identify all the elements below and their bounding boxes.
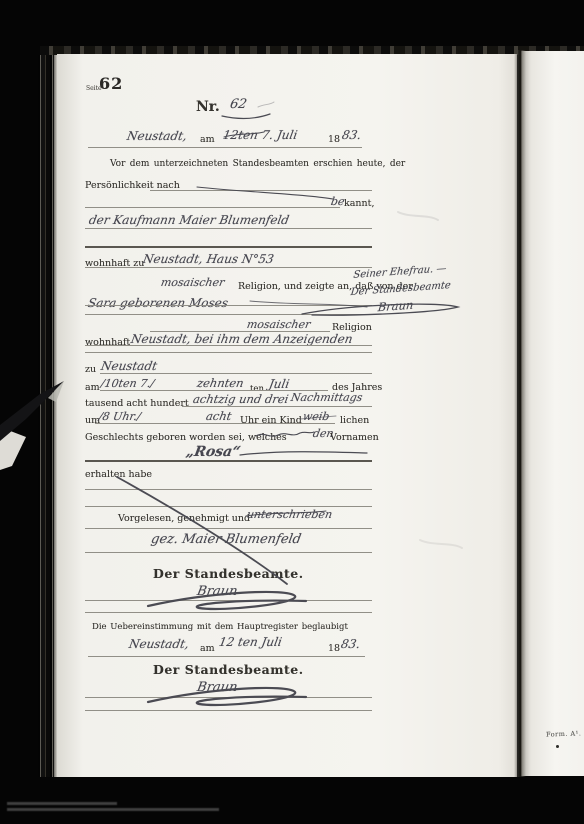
ruled-line xyxy=(85,612,372,613)
ruled-line xyxy=(88,656,365,657)
ruled-line xyxy=(85,600,372,601)
month-word: Juli xyxy=(268,378,290,390)
printed-am: am xyxy=(85,383,100,393)
printed-kannt: kannt, xyxy=(344,199,375,209)
scan-bottom-band xyxy=(0,777,584,824)
ruled-line xyxy=(150,190,372,191)
declarant-name: der Kaufmann Maier Blumenfeld xyxy=(88,214,290,226)
declarant-signature: gez. Maier Blumenfeld xyxy=(150,533,302,546)
marginal-note-signature: Braun xyxy=(377,300,414,314)
certification-am-label: am xyxy=(200,644,215,654)
ruled-line xyxy=(85,267,372,268)
mother-name: Sara geborenen Moses xyxy=(87,297,229,309)
ruled-line xyxy=(85,552,372,553)
certification-year-printed: 18 xyxy=(328,644,340,654)
ruled-line xyxy=(85,506,372,507)
ruled-line xyxy=(95,423,335,424)
header-am-label: am xyxy=(200,135,215,145)
hour-margin-note: /8 Uhr./ xyxy=(98,411,142,422)
header-year-printed: 18 xyxy=(328,135,340,145)
hour-word: acht xyxy=(205,411,232,423)
record-number-label: Nr. xyxy=(196,100,220,114)
ruled-line xyxy=(182,406,372,407)
ruled-line xyxy=(85,528,372,529)
form-label: Form. A¹. xyxy=(546,730,582,738)
archive-watermark-line xyxy=(7,802,117,805)
printed-zu: zu xyxy=(85,365,96,375)
religion-handwritten-1: mosaischer xyxy=(160,277,225,288)
printed-lichen: lichen xyxy=(340,416,369,426)
certification-line: Die Uebereinstimmung mit dem Hauptregist… xyxy=(92,623,348,632)
printed-erhalten-habe: erhalten habe xyxy=(85,470,152,480)
day-word: zehnten xyxy=(196,378,245,390)
ruled-line xyxy=(85,345,372,346)
ink-dot xyxy=(556,745,559,748)
year-words: achtzig und drei xyxy=(192,394,289,406)
child-first-name: „Rosa“ xyxy=(185,445,241,459)
printed-geschlechts: Geschlechts geboren worden sei, welches xyxy=(85,433,287,443)
page-edge-highlight xyxy=(54,55,57,778)
ruled-line xyxy=(85,207,340,208)
register-right-page-sliver xyxy=(521,51,584,776)
certification-year-handwritten: 83. xyxy=(340,638,361,650)
ruled-line xyxy=(85,305,372,306)
registrar-signature-1: Braun xyxy=(196,585,239,598)
ruled-line xyxy=(85,246,372,248)
ruled-line xyxy=(85,314,372,315)
registrar-title-1: Der Standesbeamte. xyxy=(153,568,304,581)
ruled-line xyxy=(85,228,372,229)
printed-wohnhaft: wohnhaft xyxy=(85,338,130,348)
printed-vorgelesen: Vorgelesen, genehmigt und xyxy=(118,514,250,524)
book-gutter-fold xyxy=(514,50,526,777)
printed-vornamen: Vornamen xyxy=(330,433,379,443)
scanned-register-page: Seite 62 Nr. 62 Neustadt, am 12ten 7. Ju… xyxy=(0,0,584,824)
certification-date: 12 ten Juli xyxy=(218,636,283,648)
day-margin-note: /10ten 7./ xyxy=(100,378,155,389)
ruled-line xyxy=(88,147,362,148)
archive-watermark-line xyxy=(7,808,219,811)
registrar-title-2: Der Standesbeamte. xyxy=(153,664,304,677)
certification-place: Neustadt, xyxy=(128,638,190,650)
handwritten-unterschrieben: unterschrieben xyxy=(246,509,333,520)
ruled-line xyxy=(100,373,372,374)
registrar-signature-2: Braun xyxy=(196,681,239,694)
daytime-word: Nachmittags xyxy=(290,392,363,403)
page-number: 62 xyxy=(99,76,123,92)
header-place: Neustadt, xyxy=(126,130,188,142)
intro-printed-line: Vor dem unterzeichneten Standesbeamten e… xyxy=(110,160,405,169)
birth-place: Neustadt xyxy=(100,360,158,372)
printed-tausend: tausend acht hundert xyxy=(85,399,189,409)
ruled-line xyxy=(85,710,372,711)
ruled-line xyxy=(85,489,372,490)
ruled-line xyxy=(85,460,372,462)
record-number-value: 62 xyxy=(229,98,248,111)
pointer-cuff xyxy=(0,427,26,470)
ruled-line xyxy=(85,697,372,698)
sex-word: weib xyxy=(302,411,330,422)
religion-handwritten-2: mosaischer xyxy=(246,319,311,330)
mother-residence: Neustadt, bei ihm dem Anzeigenden xyxy=(130,333,354,345)
header-date: 12ten 7. Juli xyxy=(222,129,298,141)
declarant-residence: Neustadt, Haus N°53 xyxy=(142,253,275,265)
header-year-handwritten: 83. xyxy=(341,129,362,141)
ruled-line xyxy=(85,352,372,353)
printed-uhr-ein-kind: Uhr ein Kind xyxy=(240,416,302,426)
